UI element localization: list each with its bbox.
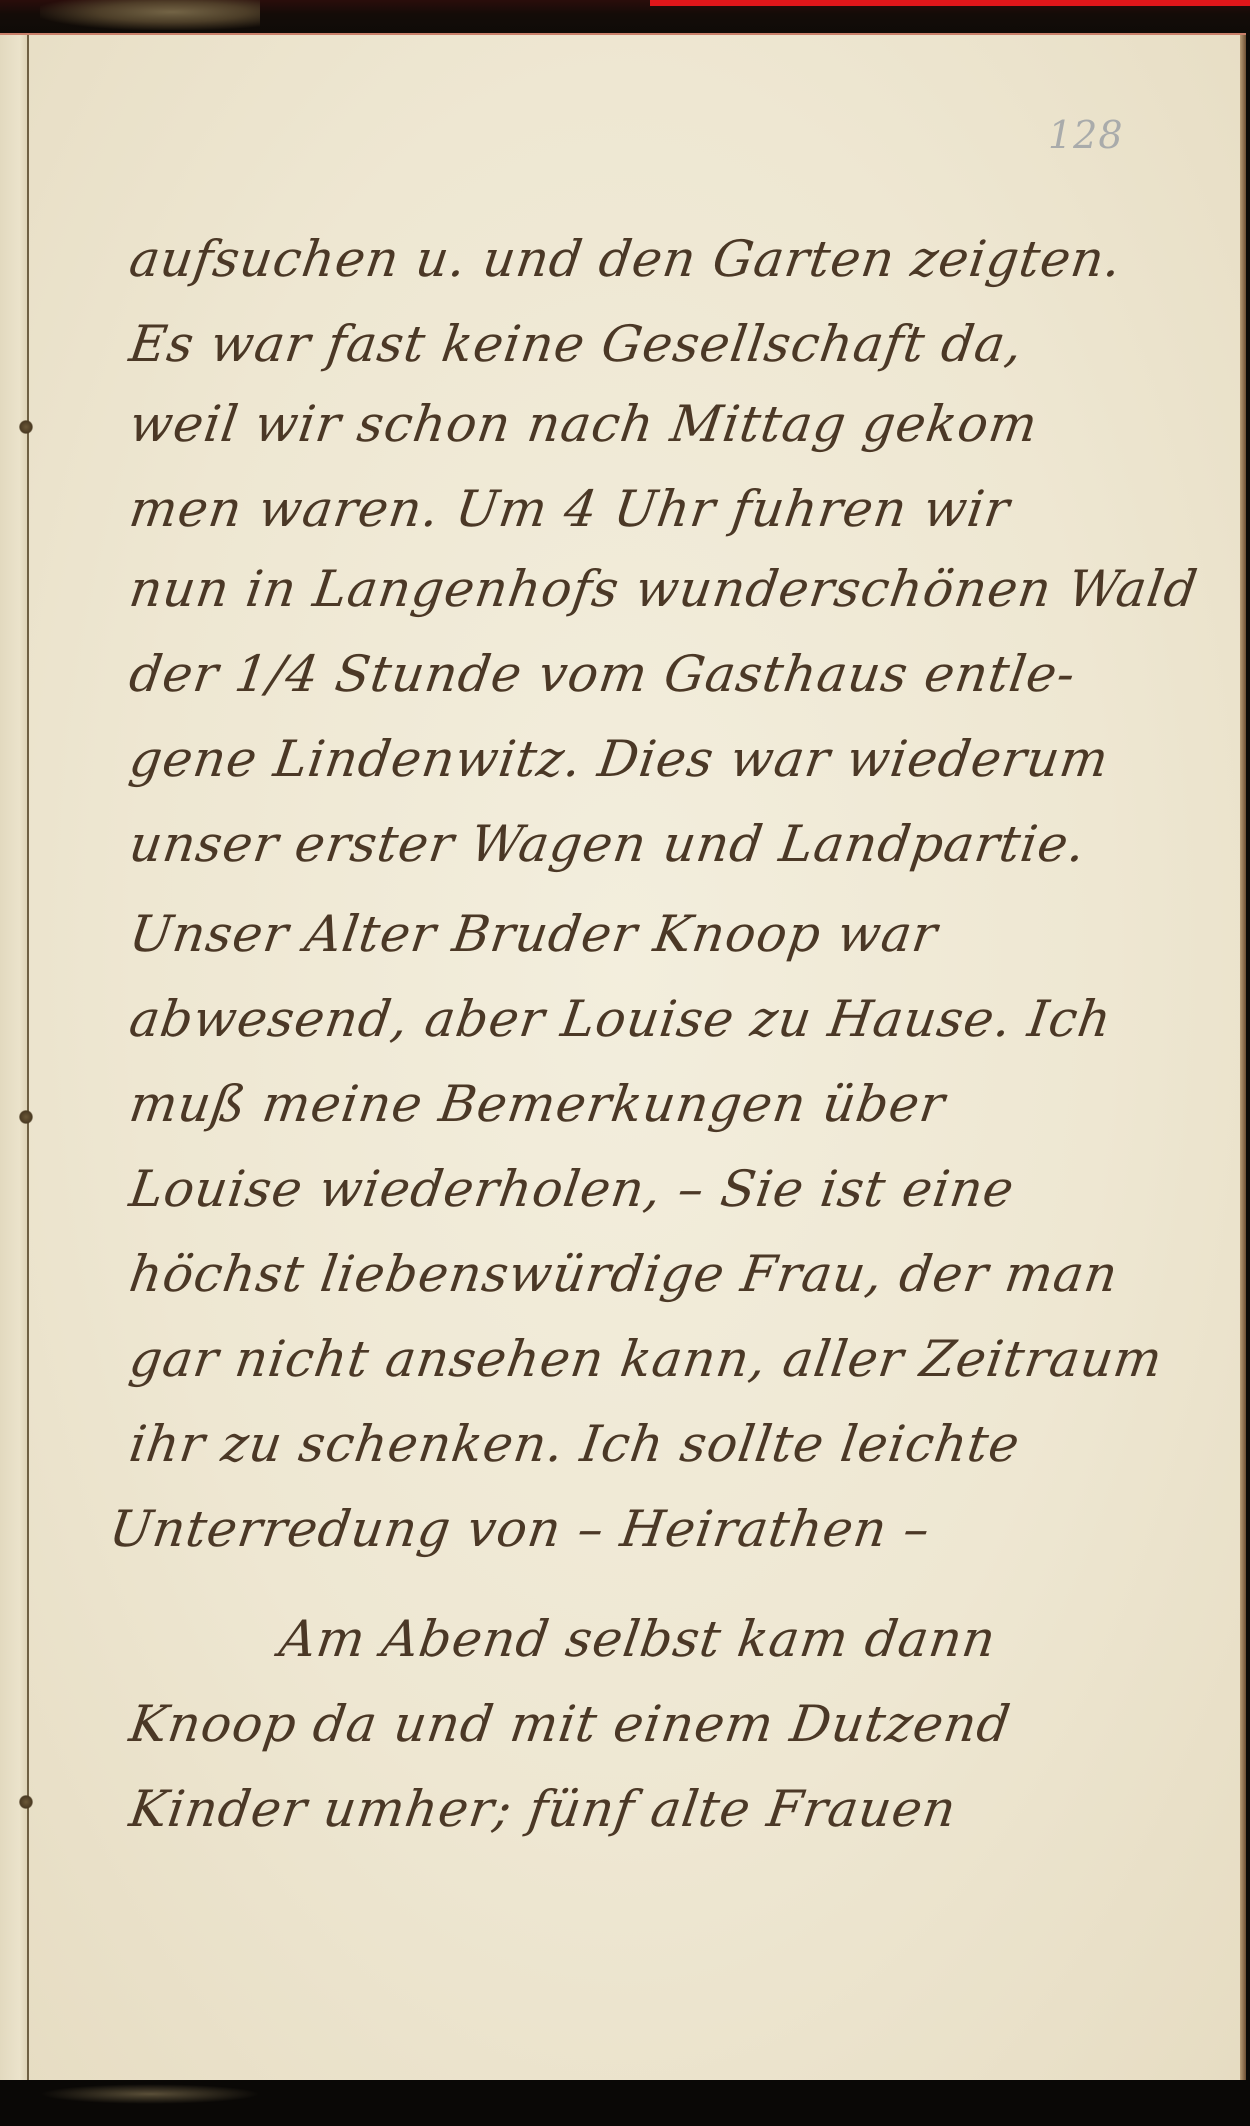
- text-line: weil wir schon nach Mittag gekom: [126, 395, 1042, 453]
- text-line: der 1/4 Stunde vom Gasthaus entle-: [126, 645, 1079, 703]
- stitch-hole-icon: [19, 420, 33, 434]
- text-line: aufsuchen u. und den Garten zeigten.: [126, 230, 1126, 288]
- text-line: unser erster Wagen und Landpartie.: [126, 815, 1090, 873]
- text-line: Kinder umher; fünf alte Frauen: [126, 1780, 960, 1838]
- text-line: gene Lindenwitz. Dies war wiederum: [126, 730, 1113, 788]
- worn-binding-patch: [40, 0, 260, 30]
- page-right-edge: [1240, 35, 1246, 2083]
- text-line: nun in Langenhofs wunderschönen Wald: [126, 560, 1202, 618]
- text-line: abwesend, aber Louise zu Hause. Ich: [126, 990, 1115, 1048]
- text-line: Knoop da und mit einem Dutzend: [126, 1695, 1014, 1753]
- text-line: ihr zu schenken. Ich sollte leichte: [126, 1415, 1024, 1473]
- text-line: muß meine Bemerkungen über: [126, 1075, 949, 1133]
- red-cover-strip: [650, 0, 1250, 6]
- text-line: höchst liebenswürdige Frau, der man: [126, 1245, 1122, 1303]
- page-number: 128: [1048, 113, 1124, 157]
- binding-gutter: [0, 35, 28, 2083]
- text-line: Louise wiederholen, – Sie ist eine: [126, 1160, 1018, 1218]
- manuscript-page: 128 aufsuchen u. und den Garten zeigten.…: [0, 33, 1246, 2083]
- top-binding-edge: [0, 0, 1250, 36]
- text-line: Am Abend selbst kam dann: [276, 1610, 1000, 1668]
- text-line: gar nicht ansehen kann, aller Zeitraum: [126, 1330, 1167, 1388]
- manuscript-scan: 128 aufsuchen u. und den Garten zeigten.…: [0, 0, 1250, 2126]
- bottom-binding-edge: [0, 2080, 1250, 2126]
- worn-binding-patch: [40, 2084, 260, 2104]
- text-line: men waren. Um 4 Uhr fuhren wir: [126, 480, 1014, 538]
- stitch-hole-icon: [19, 1110, 33, 1124]
- stitch-hole-icon: [19, 1795, 33, 1809]
- text-line: Unser Alter Bruder Knoop war: [126, 905, 942, 963]
- text-line: Unterredung von – Heirathen –: [106, 1500, 934, 1558]
- text-line: Es war fast keine Gesellschaft da,: [126, 315, 1027, 373]
- gutter-fold-line: [27, 35, 29, 2083]
